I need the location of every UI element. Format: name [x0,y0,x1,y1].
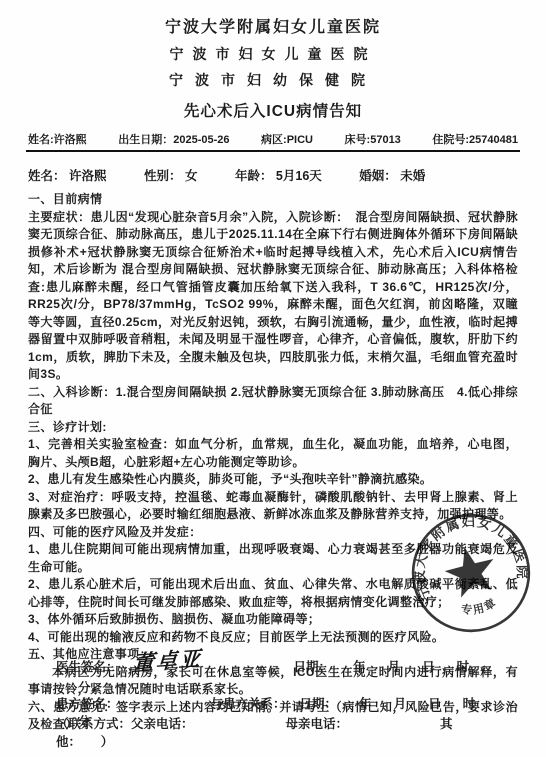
plan-item-3: 3、对症治疗：呼吸支持，控温毯、蛇毒血凝酶针，磷酸肌酸钠针、去甲肾上腺素、肾上腺… [28,489,518,524]
section-2-heading-diagnosis: 二、入科诊断：1.混合型房间隔缺损 2.冠状静脉窦无顶综合征 3.肺动脉高压 4… [28,384,518,419]
contact-father-phone-label: （联系方式：父亲电话： [56,717,194,731]
patient-relation-label: 与患方关系： [211,697,286,711]
info-ward: 病区:PICU [261,131,313,147]
patient-name: 姓名： 许洛熙 [28,169,106,183]
section-4-heading-risks: 四、可能的医疗风险及并发症： [28,524,518,542]
info-admission-number: 住院号:25740481 [432,131,518,147]
doctor-signature-label: 医生签名： [56,660,119,674]
patient-marital-status: 婚姻： 未婚 [359,169,425,183]
unit-month: 月 [394,694,407,712]
section-3-heading-plan: 三、诊疗计划: [28,419,518,437]
section-1-heading: 一、目前病情 [28,191,518,209]
document-title: 先心术后入ICU病情告知 [0,99,546,121]
unit-hour: 时 [457,657,470,675]
patient-gender: 性别： 女 [144,169,197,183]
hospital-name-primary: 宁波大学附属妇女儿童医院 [0,14,546,37]
patient-date-label: 日期： [300,697,338,711]
info-bed: 床号:57013 [345,131,401,147]
unit-day: 日 [428,694,441,712]
plan-item-1: 1、完善相关实验室检查：如血气分析，血常规，血生化，凝血功能，血培养，心电图，胸… [28,436,518,471]
unit-year: 年 [353,657,366,675]
doctor-date-label: 日期： [294,660,332,674]
current-condition-paragraph: 主要症状：患儿因“发现心脏杂音5月余”入院，入院诊断： 混合型房间隔缺损、冠状静… [28,209,518,384]
patient-detail-row: 姓名： 许洛熙 性别： 女 年龄： 5月16天 婚姻： 未婚 [28,166,518,184]
document-page: 宁波大学附属妇女儿童医院 宁波市妇女儿童医院 宁波市妇幼保健院 先心术后入ICU… [0,0,546,757]
unit-hour: 时 [463,694,476,712]
risk-item-4: 4、可能出现的输液反应和药物不良反应；目前医学上无法预测的医疗风险。 [28,629,518,647]
patient-info-bar: 姓名:许洛熙 出生日期：2025-05-26 病区:PICU 床号:57013 … [28,131,518,147]
risk-item-3: 3、体外循环后致肺损伤、脑损伤、凝血功能障碍等； [28,611,518,629]
plan-item-2: 2、患儿有发生感染性心内膜炎，肺炎可能，予“头孢呋辛针”静滴抗感染。 [28,471,518,489]
unit-year: 年 [359,694,372,712]
patient-signature-label: 患方签名： [56,697,119,711]
document-header: 宁波大学附属妇女儿童医院 宁波市妇女儿童医院 宁波市妇幼保健院 先心术后入ICU… [0,0,546,121]
info-dob: 出生日期：2025-05-26 [118,131,229,147]
doctor-signature-row: 医生签名：董卓亚日期：年月日时分 [56,648,490,678]
risk-item-1: 1、患儿住院期间可能出现病情加重，出现呼吸衰竭、心力衰竭甚至多脏器功能衰竭危及生… [28,541,518,576]
hospital-name-tertiary: 宁波市妇幼保健院 [0,70,546,90]
unit-month: 月 [388,657,401,675]
hospital-name-secondary: 宁波市妇女儿童医院 [0,44,546,64]
contact-info-row: （联系方式：父亲电话：母亲电话：其他：） [56,714,490,750]
info-name: 姓名:许洛熙 [28,131,87,147]
header-divider [26,150,520,152]
contact-mother-phone-label: 母亲电话： [286,717,349,731]
unit-day: 日 [422,657,435,675]
doctor-handwritten-signature: 董卓亚 [132,642,203,677]
contact-close-paren: ） [101,735,114,749]
risk-item-2: 2、患儿系心脏术后，可能出现术后出血、贫血、心律失常、水电解质酸碱平衡紊乱、低心… [28,576,518,611]
patient-age: 年龄： 5月16天 [235,169,322,183]
